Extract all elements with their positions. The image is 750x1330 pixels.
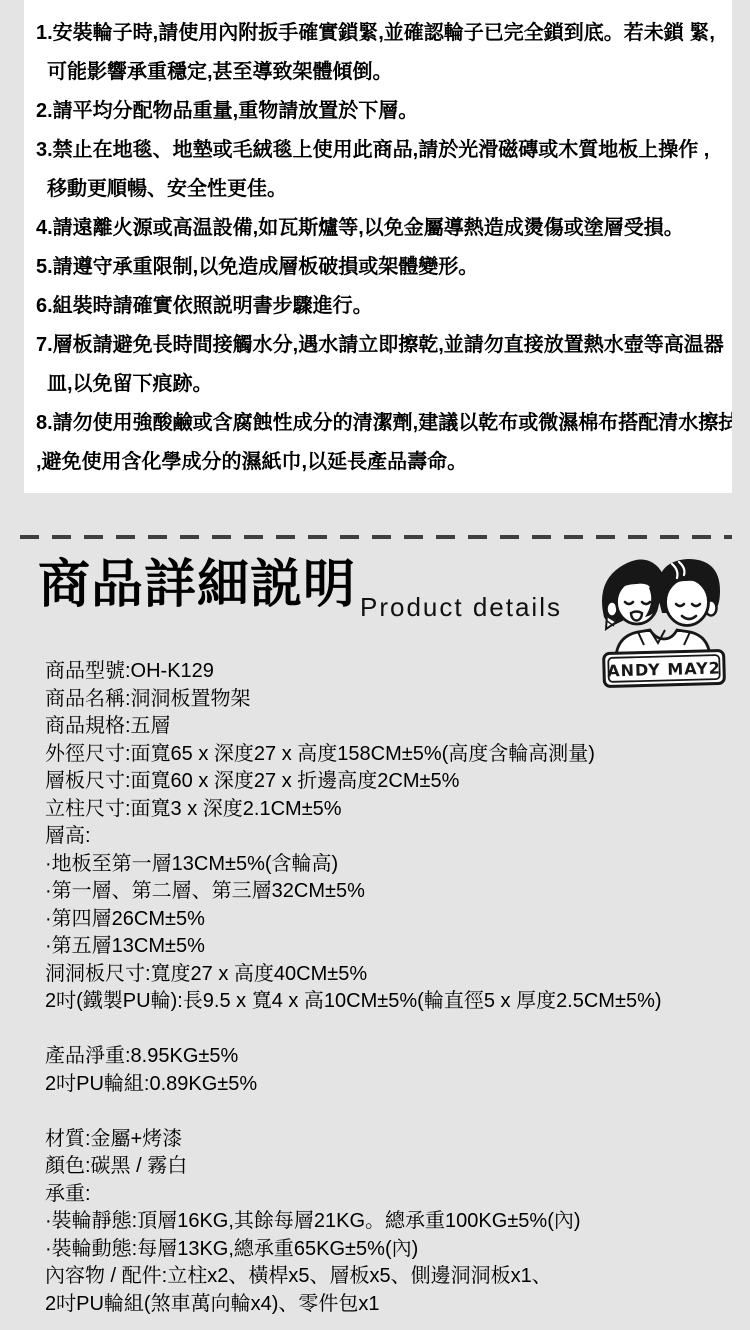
detail-line: 內容物 / 配件:立柱x2、橫桿x5、層板x5、側邊洞洞板x1、 bbox=[45, 1263, 745, 1291]
product-details-list: 商品型號:OH-K129商品名稱:洞洞板置物架商品規格:五層外徑尺寸:面寬65 … bbox=[45, 658, 745, 1318]
detail-line: ·裝輪靜態:頂層16KG,其餘每層21KG。總承重100KG±5%(內) bbox=[45, 1208, 745, 1236]
warning-line: 8.請勿使用強酸鹼或含腐蝕性成分的清潔劑,建議以乾布或微濕棉布搭配清水擦拭 bbox=[36, 404, 722, 443]
detail-spacer bbox=[45, 1016, 745, 1044]
warning-line: 可能影響承重穩定,甚至導致架體傾倒。 bbox=[36, 53, 722, 92]
warning-line: 3.禁止在地毯、地墊或毛絨毯上使用此商品,請於光滑磁磚或木質地板上操作 , bbox=[36, 131, 722, 170]
warnings-card: 1.安裝輪子時,請使用內附扳手確實鎖緊,並確認輪子已完全鎖到底。若未鎖 緊,可能… bbox=[24, 0, 732, 493]
detail-line: 層板尺寸:面寬60 x 深度27 x 折邊高度2CM±5% bbox=[45, 768, 745, 796]
detail-line: 商品名稱:洞洞板置物架 bbox=[45, 686, 745, 714]
detail-line: 外徑尺寸:面寬65 x 深度27 x 高度158CM±5%(高度含輪高測量) bbox=[45, 741, 745, 769]
detail-line: ·第四層26CM±5% bbox=[45, 906, 745, 934]
warning-line: 7.層板請避免長時間接觸水分,遇水請立即擦乾,並請勿直接放置熱水壺等高温器 bbox=[36, 326, 722, 365]
section-divider bbox=[20, 535, 732, 539]
couple-illustration bbox=[602, 559, 720, 661]
detail-line: 商品規格:五層 bbox=[45, 713, 745, 741]
warning-line: 6.組裝時請確實依照説明書步驟進行。 bbox=[36, 287, 722, 326]
warning-line: 移動更順暢、安全性更佳。 bbox=[36, 170, 722, 209]
detail-line: 承重: bbox=[45, 1181, 745, 1209]
detail-line: 商品型號:OH-K129 bbox=[45, 658, 745, 686]
warning-line: 1.安裝輪子時,請使用內附扳手確實鎖緊,並確認輪子已完全鎖到底。若未鎖 緊, bbox=[36, 14, 722, 53]
detail-line: 2吋PU輪組:0.89KG±5% bbox=[45, 1071, 745, 1099]
detail-line: 立柱尺寸:面寬3 x 深度2.1CM±5% bbox=[45, 796, 745, 824]
detail-line: 層高: bbox=[45, 823, 745, 851]
warning-line: ,避免使用含化學成分的濕紙巾,以延長產品壽命。 bbox=[36, 443, 722, 482]
warning-line: 皿,以免留下痕跡。 bbox=[36, 365, 722, 404]
detail-spacer bbox=[45, 1098, 745, 1126]
detail-line: 洞洞板尺寸:寬度27 x 高度40CM±5% bbox=[45, 961, 745, 989]
detail-line: 2吋(鐵製PU輪):長9.5 x 寬4 x 高10CM±5%(輪直徑5 x 厚度… bbox=[45, 988, 745, 1016]
detail-line: ·第五層13CM±5% bbox=[45, 933, 745, 961]
warning-line: 5.請遵守承重限制,以免造成層板破損或架體變形。 bbox=[36, 248, 722, 287]
detail-line: 產品淨重:8.95KG±5% bbox=[45, 1043, 745, 1071]
detail-line: ·裝輪動態:每層13KG,總承重65KG±5%(內) bbox=[45, 1236, 745, 1264]
detail-line: 材質:金屬+烤漆 bbox=[45, 1126, 745, 1154]
detail-line: ·第一層、第二層、第三層32CM±5% bbox=[45, 878, 745, 906]
warning-line: 2.請平均分配物品重量,重物請放置於下層。 bbox=[36, 92, 722, 131]
page-subtitle: Product details bbox=[360, 592, 562, 622]
detail-line: 2吋PU輪組(煞車萬向輪x4)、零件包x1 bbox=[45, 1291, 745, 1319]
warning-line: 4.請遠離火源或高温設備,如瓦斯爐等,以免金屬導熱造成燙傷或塗層受損。 bbox=[36, 209, 722, 248]
warnings-list: 1.安裝輪子時,請使用內附扳手確實鎖緊,並確認輪子已完全鎖到底。若未鎖 緊,可能… bbox=[36, 14, 722, 482]
detail-line: ·地板至第一層13CM±5%(含輪高) bbox=[45, 851, 745, 879]
page-title: 商品詳細説明 bbox=[38, 551, 356, 619]
detail-line: 顏色:碳黑 / 霧白 bbox=[45, 1153, 745, 1181]
